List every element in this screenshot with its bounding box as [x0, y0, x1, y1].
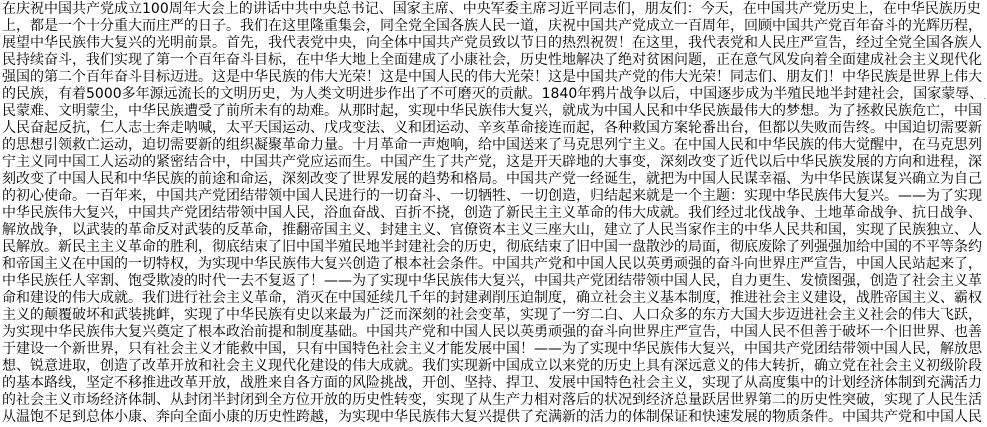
- text-line: 解放战争，以武装的革命反对武装的反革命，推翻帝国主义、封建主义、官僚资本主义三座…: [2, 222, 985, 239]
- text-line: 于建设一个新世界，只有社会主义才能救中国，只有中国特色社会主义才能发展中国！——…: [2, 341, 985, 358]
- text-line: 人民奋起反抗，仁人志士奔走呐喊，太平天国运动、戊戌变法、义和团运动、辛亥革命接连…: [2, 120, 985, 137]
- text-line: 和帝国主义在中国的一切特权，为实现中华民族伟大复兴创造了根本社会条件。中国共产党…: [2, 256, 985, 273]
- text-line: 在庆祝中国共产党成立100周年大会上的讲话中共中央总书记、国家主席、中央军委主席…: [2, 1, 985, 18]
- text-line: 中华民族伟大复兴，中国共产党团结带领中国人民，浴血奋战、百折不挠，创造了新民主主…: [2, 205, 985, 222]
- text-line: 为实现中华民族伟大复兴奠定了根本政治前提和制度基础。中国共产党和中国人民以英勇顽…: [2, 324, 985, 341]
- text-line: 命和建设的伟大成就。我们进行社会主义革命，消灭在中国延续几千年的封建剥削压迫制度…: [2, 290, 985, 307]
- text-line: 主义的颠覆破坏和武装挑衅，实现了中华民族有史以来最为广泛而深刻的社会变革，实现了…: [2, 307, 985, 324]
- text-line: 民解放。新民主主义革命的胜利，彻底结束了旧中国半殖民地半封建社会的历史，彻底结束…: [2, 239, 985, 256]
- text-line: 的思想引领救亡运动，迫切需要新的组织凝聚革命力量。十月革命一声炮响，给中国送来了…: [2, 137, 985, 154]
- document-text: 在庆祝中国共产党成立100周年大会上的讲话中共中央总书记、国家主席、中央军委主席…: [0, 0, 987, 427]
- text-line: 从温饱不足到总体小康、奔向全面小康的历史性跨越，为实现中华民族伟大复兴提供了充满…: [2, 409, 985, 426]
- text-line: 宁主义同中国工人运动的紧密结合中，中国共产党应运而生。中国产生了共产党，这是开天…: [2, 154, 985, 171]
- text-line: 刻改变了中国人民和中华民族的前途和命运，深刻改变了世界发展的趋势和格局。中国共产…: [2, 171, 985, 188]
- text-line: 民持续奋斗，我们实现了第一个百年奋斗目标，在中华大地上全面建成了小康社会，历史性…: [2, 52, 985, 69]
- text-line: 的民族，有着5000多年源远流长的文明历史，为人类文明进步作出了不可磨灭的贡献。…: [2, 86, 985, 103]
- text-line: 强国的第二个百年奋斗目标迈进。这是中华民族的伟大光荣！这是中国人民的伟大光荣！这…: [2, 69, 985, 86]
- text-line: 上，都是一个十分重大而庄严的日子。我们在这里隆重集会，同全党全国各族人民一道，庆…: [2, 18, 985, 35]
- text-line: 的初心使命。一百年来，中国共产党团结带领中国人民进行的一切奋斗、一切牺牲、一切创…: [2, 188, 985, 205]
- text-line: 中华民族任人宰割、饱受欺凌的时代一去不复返了！——为了实现中华民族伟大复兴，中国…: [2, 273, 985, 290]
- text-line: 展望中华民族伟大复兴的光明前景。首先，我代表党中央，向全体中国共产党员致以节日的…: [2, 35, 985, 52]
- text-line: 民蒙难、文明蒙尘，中华民族遭受了前所未有的劫难。从那时起，实现中华民族伟大复兴，…: [2, 103, 985, 120]
- text-line: 的基本路线，坚定不移推进改革开放，战胜来自各方面的风险挑战，开创、坚持、捍卫、发…: [2, 375, 985, 392]
- text-line: 想、锐意进取，创造了改革开放和社会主义现代化建设的伟大成就。我们实现新中国成立以…: [2, 358, 985, 375]
- text-line: 的社会主义市场经济体制、从封闭半封闭到全方位开放的历史性转变，实现了从生产力相对…: [2, 392, 985, 409]
